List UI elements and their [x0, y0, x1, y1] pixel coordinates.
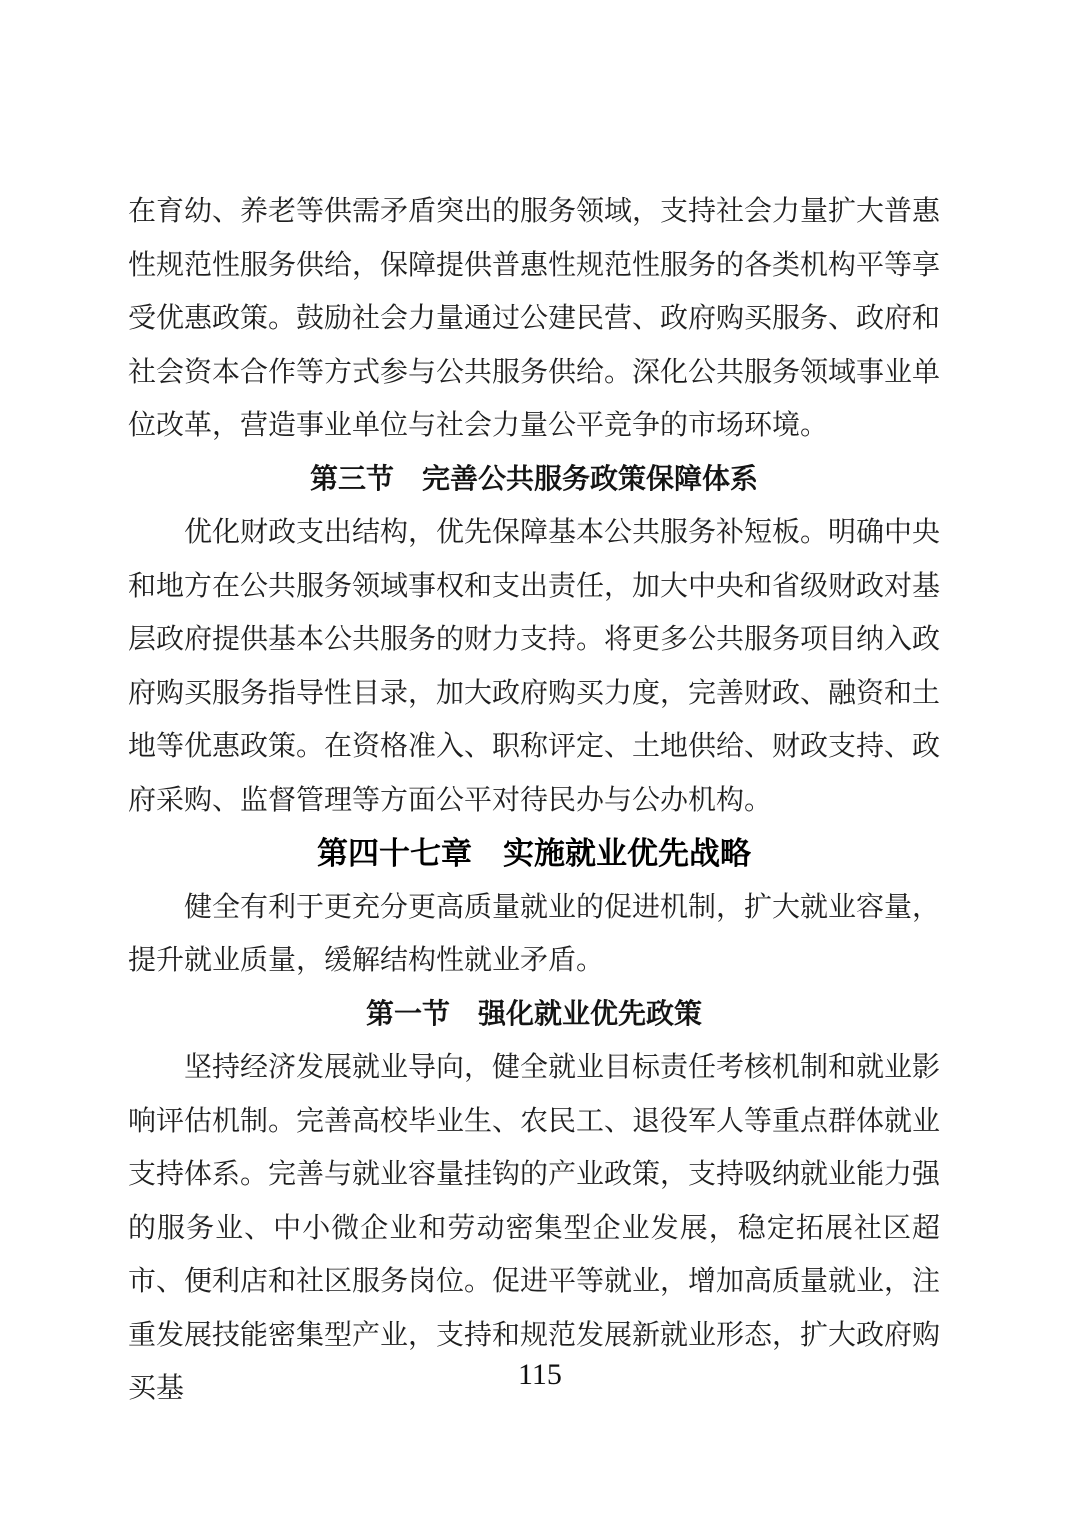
document-page: 在育幼、养老等供需矛盾突出的服务领域，支持社会力量扩大普惠性规范性服务供给，保障…: [0, 0, 1080, 1528]
paragraph-fiscal-expenditure: 优化财政支出结构，优先保障基本公共服务补短板。明确中央和地方在公共服务领域事权和…: [128, 506, 940, 827]
paragraph-employment-intro: 健全有利于更充分更高质量就业的促进机制，扩大就业容量，提升就业质量，缓解结构性就…: [128, 881, 940, 988]
paragraph-public-service-supply: 在育幼、养老等供需矛盾突出的服务领域，支持社会力量扩大普惠性规范性服务供给，保障…: [128, 185, 940, 453]
page-footer: 115: [0, 1348, 1080, 1402]
page-number: 115: [518, 1358, 562, 1391]
section-heading-1-employment-priority: 第一节 强化就业优先政策: [128, 988, 940, 1042]
chapter-heading-47-employment-strategy: 第四十七章 实施就业优先战略: [128, 827, 940, 881]
page-body: 在育幼、养老等供需矛盾突出的服务领域，支持社会力量扩大普惠性规范性服务供给，保障…: [128, 185, 940, 1416]
section-heading-3-public-service-policy: 第三节 完善公共服务政策保障体系: [128, 453, 940, 507]
